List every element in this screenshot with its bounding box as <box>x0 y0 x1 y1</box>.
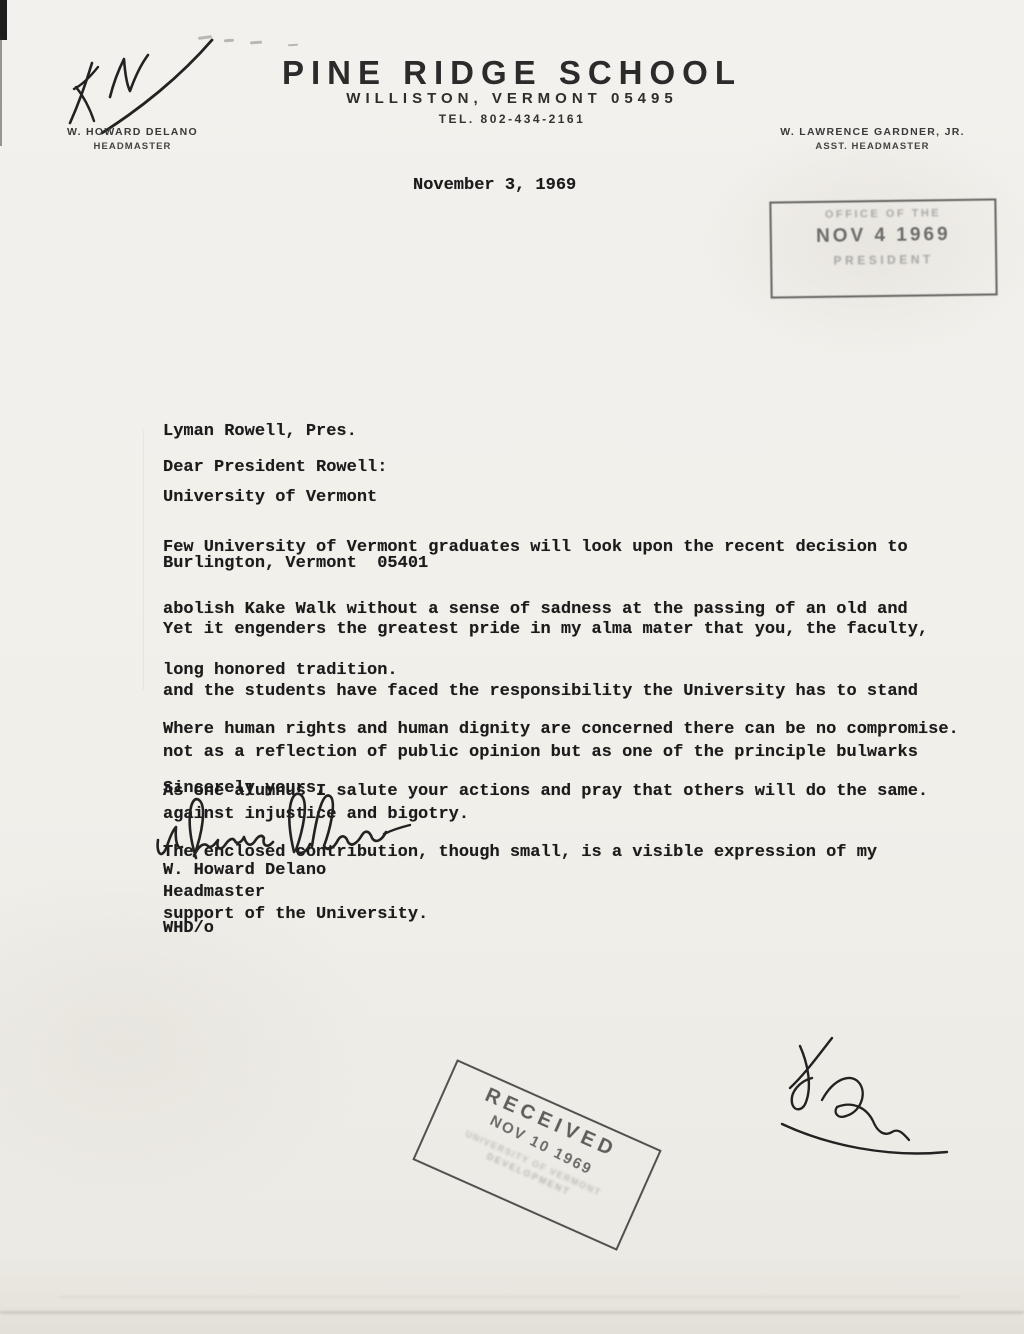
office-of-president-stamp: OFFICE OF THE NOV 4 1969 PRESIDENT <box>769 198 997 298</box>
received-office-line: UNIVERSITY OF VERMONT <box>431 1114 636 1213</box>
salutation: Dear President Rowell: <box>163 458 387 479</box>
letterhead-headmaster: W. HOWARD DELANO HEADMASTER <box>55 126 210 152</box>
stamp-date: NOV 4 1969 <box>772 223 995 248</box>
asst-headmaster-title: ASST. HEADMASTER <box>765 141 980 152</box>
letterhead-school-name: PINE RIDGE SCHOOL <box>0 54 1024 92</box>
date-line: November 3, 1969 <box>413 176 576 197</box>
body-line: support of the University. <box>163 905 959 926</box>
letterhead-asst-headmaster: W. LAWRENCE GARDNER, JR. ASST. HEADMASTE… <box>765 126 980 152</box>
body-line: Yet it engenders the greatest pride in m… <box>163 620 928 641</box>
signature-w-howard-delano <box>152 782 412 872</box>
pencil-smudge <box>250 41 262 44</box>
signer-title: Headmaster <box>163 883 265 904</box>
paper-crease-vertical <box>143 430 144 690</box>
body-line: Where human rights and human dignity are… <box>163 720 959 741</box>
letterhead-phone: TEL. 802-434-2161 <box>0 112 1024 126</box>
scanned-letter-page: PINE RIDGE SCHOOL WILLISTON, VERMONT 054… <box>0 0 1024 1334</box>
body-line: Few University of Vermont graduates will… <box>163 538 908 559</box>
asst-headmaster-name: W. LAWRENCE GARDNER, JR. <box>765 126 980 138</box>
recipient-line: Lyman Rowell, Pres. <box>163 421 428 443</box>
paper-crease-light <box>60 1296 960 1298</box>
headmaster-title: HEADMASTER <box>55 141 210 152</box>
paper-crease <box>0 1311 1024 1314</box>
pencil-smudge <box>288 44 298 47</box>
handwritten-mark-bottom-right <box>762 1028 972 1168</box>
letterhead-location: WILLISTON, VERMONT 05495 <box>0 90 1024 107</box>
scan-edge-artifact <box>0 0 7 40</box>
headmaster-name: W. HOWARD DELANO <box>55 126 210 138</box>
typist-initials: WHD/o <box>163 919 214 940</box>
received-label: RECEIVED <box>446 1068 656 1178</box>
stamp-president-line: PRESIDENT <box>772 251 995 268</box>
signer-name: W. Howard Delano <box>163 861 326 882</box>
stamp-office-line: OFFICE OF THE <box>771 206 994 221</box>
received-stamp: RECEIVED NOV 10 1969 UNIVERSITY OF VERMO… <box>412 1059 661 1251</box>
